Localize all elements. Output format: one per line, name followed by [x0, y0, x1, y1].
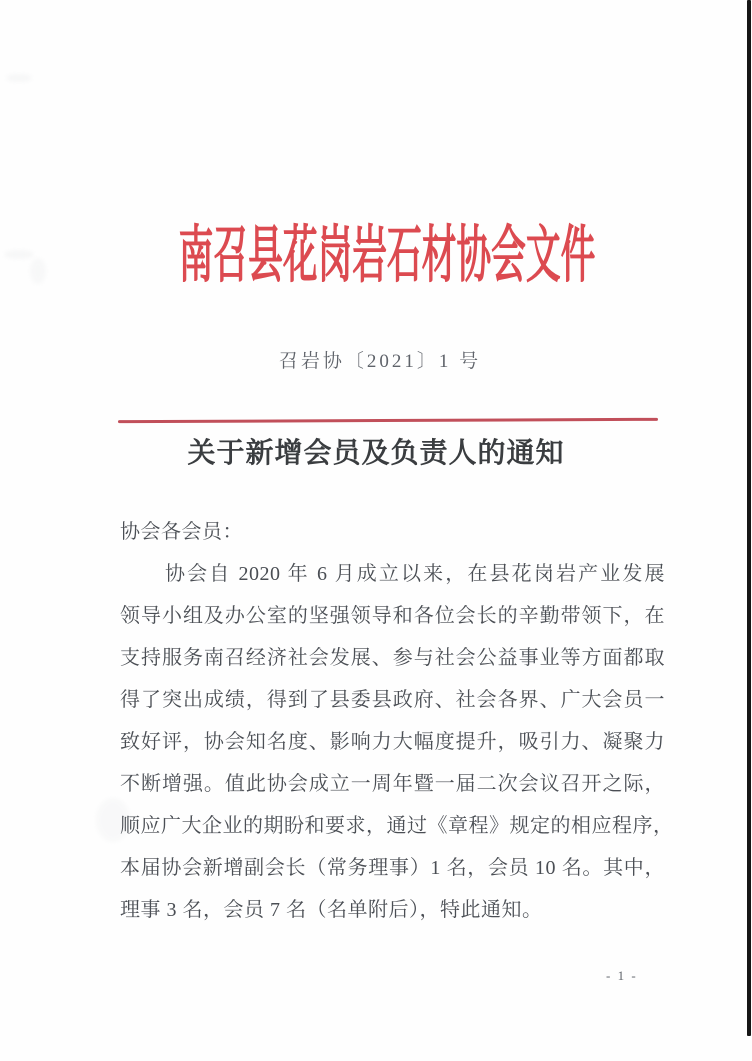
body-text-line: 理事 3 名，会员 7 名（名单附后），特此通知。	[120, 889, 665, 931]
letterhead-divider-rule	[118, 418, 658, 423]
body-text-line: 本届协会新增副会长（常务理事）1 名，会员 10 名。其中，	[120, 847, 665, 889]
letterhead-title: 南召县花岗岩石材协会文件	[179, 216, 596, 296]
body-text-line: 领导小组及办公室的坚强领导和各位会长的辛勤带领下，在	[120, 595, 665, 637]
scanned-document-page: 南召县花岗岩石材协会文件 召岩协〔2021〕1 号 关于新增会员及负责人的通知 …	[0, 0, 752, 1061]
scanner-edge-shadow	[747, 0, 751, 1036]
body-text-line: 致好评，协会知名度、影响力大幅度提升，吸引力、凝聚力	[120, 721, 665, 763]
notice-body: 协会各会员： 协会自 2020 年 6 月成立以来，在县花岗岩产业发展 领导小组…	[120, 511, 665, 931]
page-number: - 1 -	[606, 966, 638, 986]
document-letterhead: 南召县花岗岩石材协会文件	[11, 216, 752, 296]
body-text-line: 得了突出成绩，得到了县委县政府、社会各界、广大会员一	[120, 679, 665, 721]
salutation-line: 协会各会员：	[120, 511, 665, 553]
body-text-line: 协会自 2020 年 6 月成立以来，在县花岗岩产业发展	[120, 553, 665, 595]
body-text-line: 支持服务南召经济社会发展、参与社会公益事业等方面都取	[120, 637, 665, 679]
notice-heading: 关于新增会员及负责人的通知	[0, 434, 752, 472]
scan-artifact	[6, 74, 32, 82]
body-text-line: 顺应广大企业的期盼和要求，通过《章程》规定的相应程序，	[120, 805, 665, 847]
document-number: 召岩协〔2021〕1 号	[4, 348, 752, 376]
body-text-line: 不断增强。值此协会成立一周年暨一届二次会议召开之际，	[120, 763, 665, 805]
